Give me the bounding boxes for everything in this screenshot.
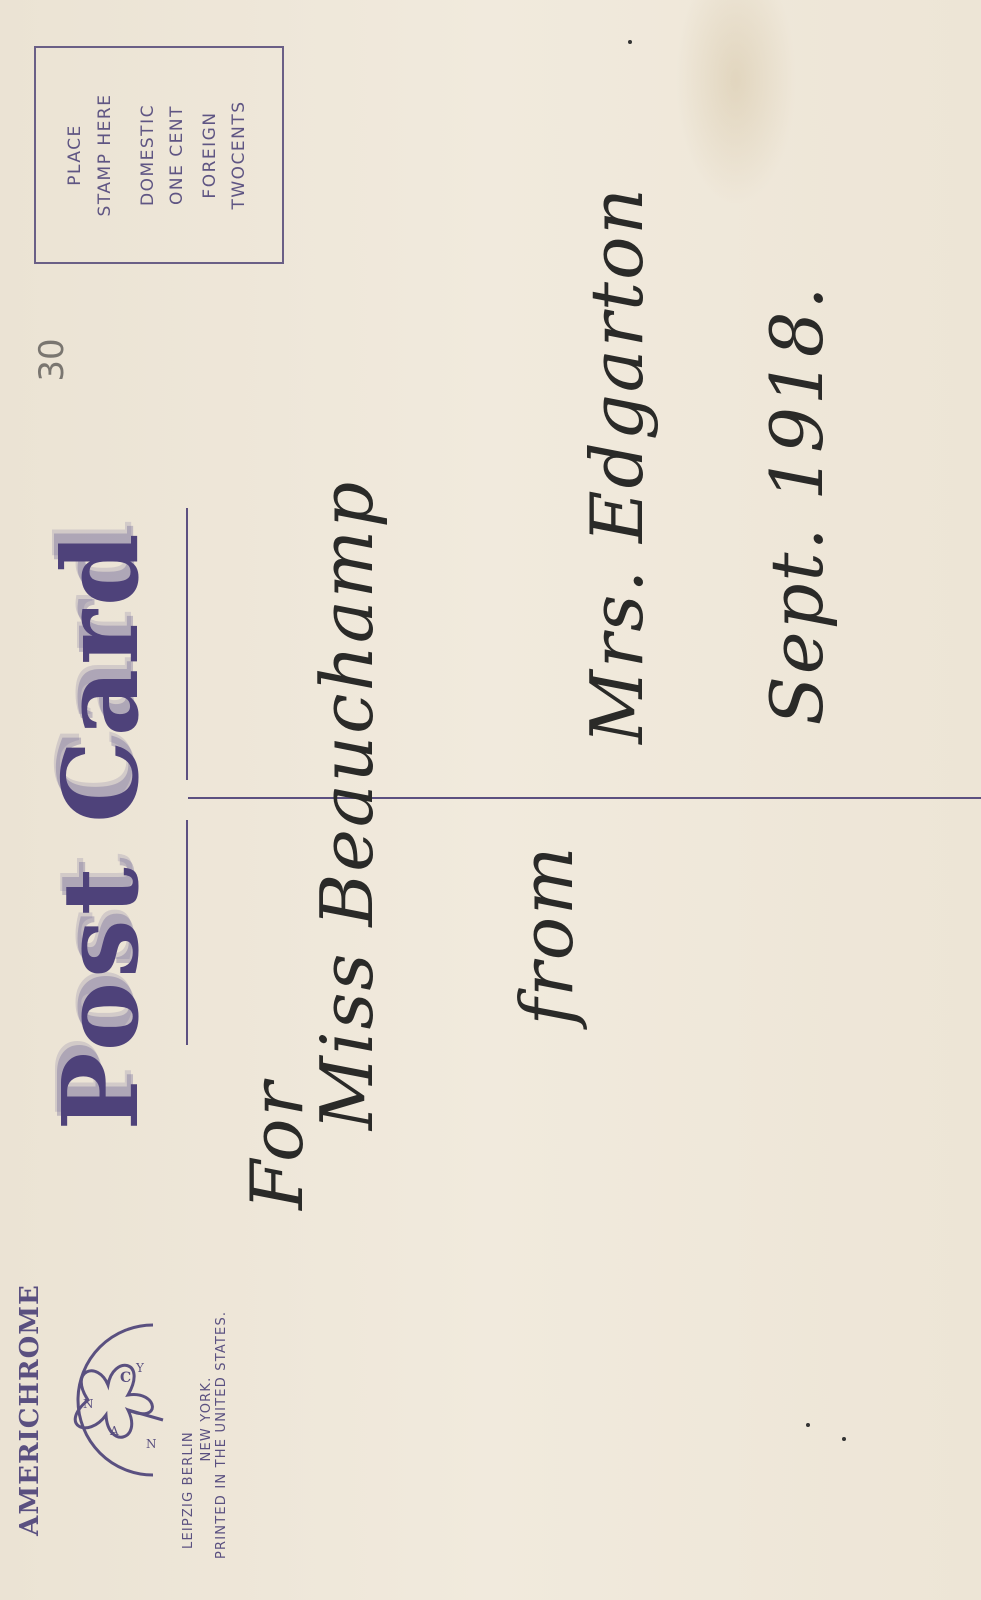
logo-wordmark: AMERICHROME xyxy=(15,1300,45,1520)
shamrock-logo-icon: C N Y A N xyxy=(28,1300,188,1500)
stamp-text-two-cents: TWOCENTS xyxy=(229,55,259,255)
svg-text:Y: Y xyxy=(135,1361,145,1375)
stamp-text-domestic: DOMESTIC xyxy=(138,55,168,255)
publisher-cities: LEIPZIG BERLIN xyxy=(181,1309,199,1549)
americhrome-logo: C N Y A N xyxy=(28,1300,188,1500)
title-rule-lower xyxy=(186,820,188,1045)
svg-text:A: A xyxy=(109,1424,119,1438)
printed-in-us: PRINTED IN THE UNITED STATES. xyxy=(214,1239,232,1559)
svg-text:C: C xyxy=(120,1370,131,1386)
title-rule-upper xyxy=(186,508,188,780)
svg-text:N: N xyxy=(146,1437,157,1451)
post-card-title: Post Card xyxy=(40,430,160,1230)
svg-text:N: N xyxy=(83,1397,94,1411)
handwriting-date: Sept. 1918. xyxy=(755,205,845,805)
stamp-text-place: PLACE xyxy=(65,55,95,255)
pencil-note: 30 xyxy=(32,330,72,390)
handwriting-recipient: Miss Beauchamp xyxy=(305,375,395,1235)
stamp-text-foreign: FOREIGN xyxy=(200,55,230,255)
ink-dot xyxy=(628,40,632,44)
stamp-text-stamp-here: STAMP HERE xyxy=(95,55,125,255)
handwriting-sender: Mrs. Edgarton xyxy=(575,115,665,815)
stamp-text-one-cent: ONE CENT xyxy=(167,55,197,255)
ink-dot xyxy=(806,1423,810,1427)
ink-dot xyxy=(842,1437,846,1441)
